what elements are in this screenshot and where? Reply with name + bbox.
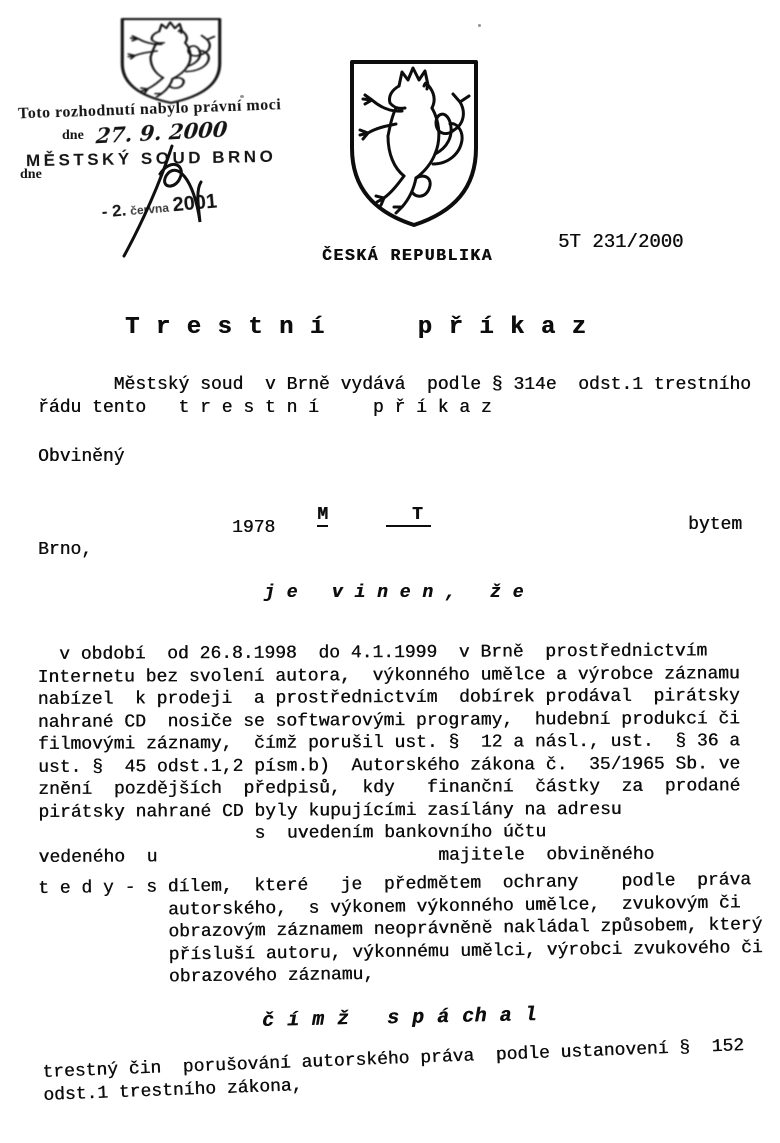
tedy-paragraph: t e d y - s dílem, které je předmětem oc… (38, 869, 780, 991)
scan-speck (240, 95, 244, 98)
coat-of-arms-stamp-icon (116, 16, 226, 106)
residence-label: bytem (688, 514, 742, 537)
scan-speck (478, 24, 481, 27)
facts-paragraph: v období od 26.8.1998 do 4.1.1999 v Brně… (37, 640, 778, 869)
birth-year: 1978 (232, 517, 275, 540)
accused-label: Obviněný (38, 446, 124, 469)
scan-speck (612, 806, 614, 808)
stamp-dne-label-2: dne (20, 167, 42, 183)
handwritten-signature-icon (100, 138, 230, 268)
accused-initial-last: T (386, 505, 431, 527)
conclusion-paragraph: trestný čin porušování autorského práva … (42, 1034, 780, 1107)
intro-paragraph: Městský soud v Brně vydává podle § 314e … (38, 374, 778, 419)
scanned-court-document-page: Toto rozhodnutí nabylo právní moci dne 2… (0, 0, 780, 1143)
case-number: 5T 231/2000 (558, 231, 683, 253)
verdict-heading: j e v i n e n , ž e (264, 583, 524, 603)
crime-heading: č í m ž s p á ch a l (262, 1004, 537, 1033)
document-title: T r e s t n í p ř í k a z (125, 314, 587, 341)
stamp-dne-label-1: dne (62, 128, 84, 144)
czech-lion-coat-of-arms-icon (344, 56, 484, 231)
accused-initial-first: M (317, 505, 328, 527)
city-line: Brno, (38, 539, 92, 562)
accused-name-line: MT (274, 481, 431, 549)
country-label: ČESKÁ REPUBLIKA (322, 246, 493, 265)
